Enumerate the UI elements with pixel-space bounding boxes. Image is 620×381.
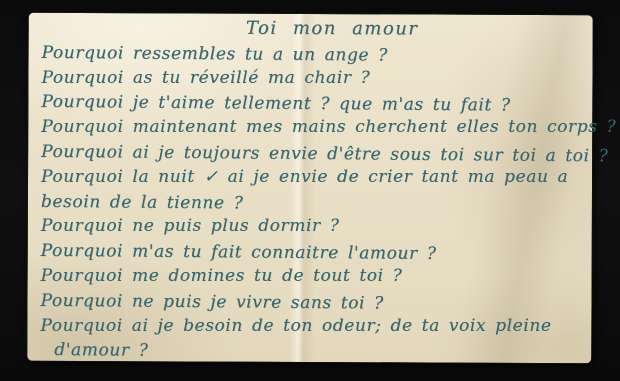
letter-line: d'amour ?	[40, 338, 581, 367]
letter-line: Pourquoi ne puis plus dormir ?	[41, 214, 582, 239]
letter-text: Toi mon amour Pourquoi ressembles tu a u…	[27, 13, 593, 363]
letter-line: Pourquoi as tu réveillé ma chair ?	[41, 65, 582, 90]
letter-paper: Toi mon amour Pourquoi ressembles tu a u…	[27, 13, 593, 363]
letter-title: Toi mon amour	[42, 16, 583, 43]
photo-background: Toi mon amour Pourquoi ressembles tu a u…	[0, 0, 620, 381]
letter-line: Pourquoi maintenant mes mains cherchent …	[41, 115, 582, 140]
letter-line: Pourquoi ai je besoin de ton odeur; de t…	[40, 313, 581, 338]
letter-line: Pourquoi me domines tu de tout toi ?	[41, 264, 582, 289]
letter-line: Pourquoi la nuit ✓ ai je envie de crier …	[41, 165, 582, 190]
